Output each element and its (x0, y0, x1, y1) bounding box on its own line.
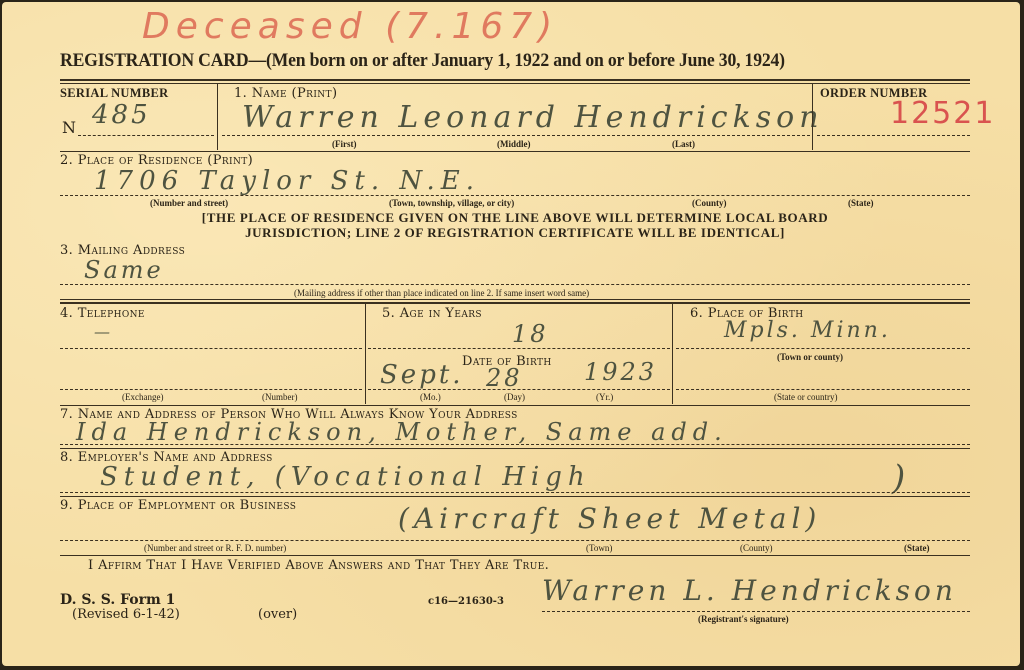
serial-number-label: SERIAL NUMBER (60, 86, 168, 101)
dashed-line (817, 135, 970, 136)
caption-exchange: (Exchange) (122, 392, 163, 402)
over-note: (over) (258, 607, 297, 622)
notice-line-2: JURISDICTION; LINE 2 OF REGISTRATION CER… (60, 225, 970, 240)
caption-state-country: (State or country) (774, 392, 837, 402)
divider (365, 304, 366, 404)
form-revised: (Revised 6-1-42) (72, 607, 180, 622)
employer-value: Student, (Vocational High (100, 462, 591, 492)
dob-month: Sept. (380, 360, 464, 390)
dashed-line (60, 195, 970, 196)
caption-last: (Last) (672, 139, 695, 149)
caption-middle: (Middle) (497, 139, 531, 149)
print-code: c16—21630-3 (428, 596, 504, 607)
caption-town: (Town, township, village, or city) (389, 198, 514, 208)
caption-year: (Yr.) (596, 392, 613, 402)
caption-street-rfd: (Number and street or R. F. D. number) (144, 543, 286, 553)
divider (60, 555, 970, 556)
jurisdiction-notice: [THE PLACE OF RESIDENCE GIVEN ON THE LIN… (60, 210, 970, 240)
divider (672, 304, 673, 404)
caption-state: (State) (904, 543, 930, 553)
dob-day: 28 (486, 364, 523, 392)
dashed-line (676, 389, 970, 390)
caption-day: (Day) (504, 392, 525, 402)
caption-month: (Mo.) (420, 392, 441, 402)
place-of-birth-town: Mpls. Minn. (724, 318, 891, 343)
dashed-line (368, 348, 670, 349)
divider (217, 84, 218, 150)
caption-street: (Number and street) (150, 198, 228, 208)
dashed-line (60, 492, 970, 493)
signature-caption: (Registrant's signature) (698, 614, 789, 624)
mailing-address-value: Same (84, 256, 164, 284)
name-label: 1. Name (Print) (234, 86, 337, 101)
divider (60, 299, 970, 300)
divider (60, 496, 970, 497)
age-value: 18 (512, 320, 549, 348)
dashed-line (60, 444, 970, 445)
registrant-signature: Warren L. Hendrickson (542, 574, 957, 607)
affirmation-text: I Affirm That I Have Verified Above Answ… (88, 558, 549, 573)
dashed-line (60, 389, 362, 390)
dashed-line (60, 348, 362, 349)
caption-number: (Number) (262, 392, 298, 402)
serial-number-value: 485 (92, 100, 151, 130)
dashed-line (78, 135, 214, 136)
divider (60, 83, 970, 84)
age-label: 5. Age in Years (382, 306, 482, 321)
mailing-caption: (Mailing address if other than place ind… (294, 288, 589, 298)
dashed-line (60, 540, 970, 541)
telephone-value: — (94, 322, 113, 341)
caption-town-county: (Town or county) (777, 352, 843, 362)
dashed-line (60, 284, 970, 285)
registration-card: Deceased (7.167) REGISTRATION CARD—(Men … (2, 2, 1020, 666)
telephone-label: 4. Telephone (60, 306, 145, 321)
caption-state: (State) (848, 198, 874, 208)
dashed-line (222, 135, 810, 136)
caption-first: (First) (332, 139, 357, 149)
caption-county: (County) (740, 543, 773, 553)
dashed-line (368, 389, 670, 390)
signature-line (542, 611, 970, 612)
caption-county: (County) (692, 198, 727, 208)
contact-person-value: Ida Hendrickson, Mother, Same add. (76, 418, 728, 446)
name-value: Warren Leonard Hendrickson (242, 100, 824, 135)
employment-place-label: 9. Place of Employment or Business (60, 498, 296, 513)
divider (60, 405, 970, 406)
dashed-line (676, 348, 970, 349)
divider (60, 302, 970, 304)
dob-year: 1923 (584, 358, 657, 386)
card-title: REGISTRATION CARD—(Men born on or after … (60, 50, 785, 72)
serial-prefix: N (62, 118, 76, 137)
employment-place-value: (Aircraft Sheet Metal) (398, 502, 821, 535)
caption-town: (Town) (586, 543, 612, 553)
divider (60, 448, 970, 449)
deceased-annotation: Deceased (7.167) (142, 6, 558, 47)
divider (812, 84, 813, 150)
notice-line-1: [THE PLACE OF RESIDENCE GIVEN ON THE LIN… (60, 210, 970, 225)
residence-value: 1706 Taylor St. N.E. (94, 166, 480, 196)
form-number: D. S. S. Form 1 (60, 592, 175, 608)
divider (60, 151, 970, 152)
order-number-value: 12521 (890, 96, 995, 131)
divider (60, 79, 970, 81)
